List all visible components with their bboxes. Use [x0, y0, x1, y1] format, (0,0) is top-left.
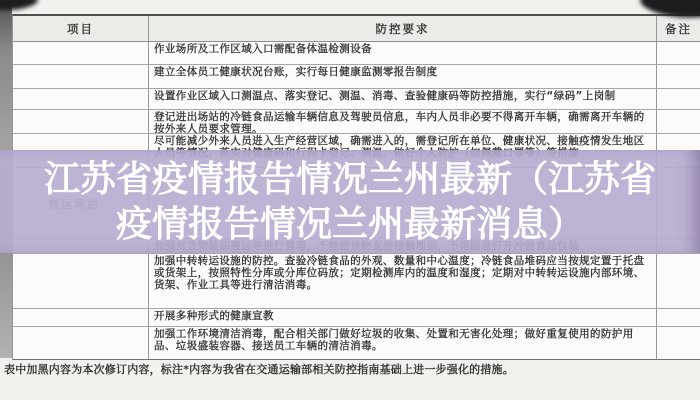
remark-cell	[657, 89, 700, 109]
requirement-cell: 建立全体员工健康状况台账，实行每日健康监测零报告制度	[149, 65, 657, 88]
table-row: 登记进出场站的冷链食品运输车辆信息及驾驶员信息，车内人员非必要不得离开车辆，确需…	[13, 110, 700, 134]
table-row: 加强中转转运设施的防控。查验冷链食品的外观、数量和中心温度；冷链食品堆码应当按规…	[13, 254, 700, 309]
header-project: 项目	[13, 16, 149, 41]
remark-cell	[657, 309, 700, 326]
title-overlay-banner: 江苏省疫情报告情况兰州最新（江苏省 疫情报告情况兰州最新消息）	[0, 150, 700, 253]
requirement-cell: 加强工作环境清洁消毒，配合相关部门做好垃圾的收集、处置和无害化处理；做好重复使用…	[149, 327, 657, 359]
photo-corner-shadow-top-left	[0, 0, 39, 12]
requirement-cell: 加强中转转运设施的防控。查验冷链食品的外观、数量和中心温度；冷链食品堆码应当按规…	[149, 254, 657, 308]
article-cover-image: 项目 防控要求 备注 作业场所及工作区域入口需配备体温检测设备 建立全体员工健康…	[0, 0, 700, 400]
requirement-cell: 开展多种形式的健康宣教	[149, 309, 657, 326]
requirement-cell: 设置作业区域入口测温点、落实登记、测温、消毒、查验健康码等防控措施，实行“绿码”…	[149, 89, 657, 109]
remark-cell	[657, 327, 700, 359]
requirement-cell: 作业场所及工作区域入口需配备体温检测设备	[149, 42, 657, 64]
cover-title-line1: 江苏省疫情报告情况兰州最新（江苏省	[44, 157, 656, 202]
remark-cell	[657, 254, 700, 308]
table-header-row: 项目 防控要求 备注	[13, 16, 700, 42]
table-row: 设置作业区域入口测温点、落实登记、测温、消毒、查验健康码等防控措施，实行“绿码”…	[13, 89, 700, 110]
table-row: 建立全体员工健康状况台账，实行每日健康监测零报告制度	[13, 65, 700, 89]
cover-title-line2: 疫情报告情况兰州最新消息）	[116, 202, 584, 247]
remark-cell	[657, 65, 700, 88]
requirement-cell: 登记进出场站的冷链食品运输车辆信息及驾驶员信息，车内人员非必要不得离开车辆，确需…	[149, 110, 657, 133]
header-requirements: 防控要求	[149, 16, 657, 41]
table-row: 加强工作环境清洁消毒，配合相关部门做好垃圾的收集、处置和无害化处理；做好重复使用…	[13, 327, 700, 360]
table-footnote: 表中加黑内容为本次修订内容，标注*内容为我省在交通运输部相关防控指南基础上进一步…	[4, 361, 694, 377]
remark-cell	[657, 110, 700, 133]
remark-cell	[657, 42, 700, 64]
header-remarks: 备注	[657, 16, 700, 41]
table-row: 开展多种形式的健康宣教	[13, 309, 700, 327]
table-row: 作业场所及工作区域入口需配备体温检测设备	[13, 42, 700, 65]
